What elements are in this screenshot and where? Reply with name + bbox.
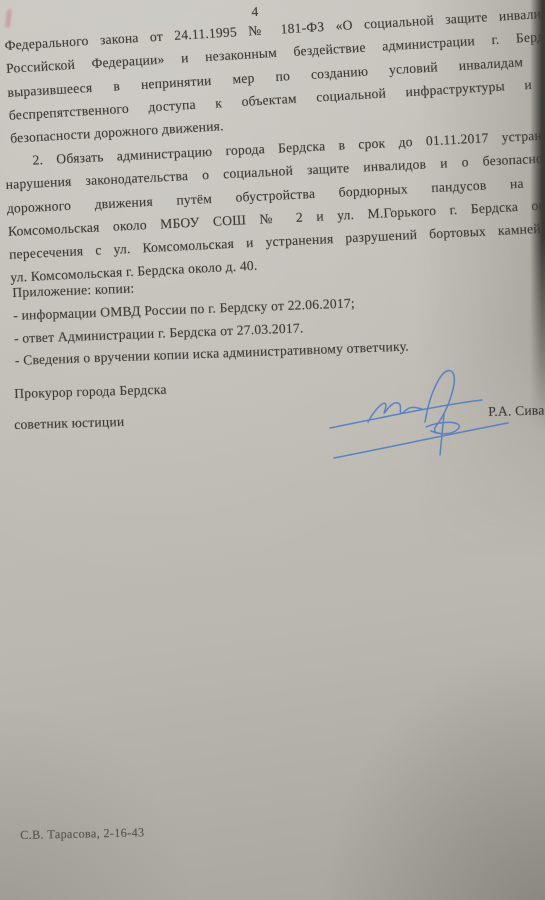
- signatory-role-line1: Прокурор города Бердска: [14, 382, 167, 402]
- document-page: 4 Федерального закона от 24.11.1995 № 18…: [0, 0, 545, 900]
- signatory-role-line2: советник юстиции: [14, 414, 125, 433]
- signatory-name: Р.А. Сива: [488, 402, 545, 420]
- footer-contact: С.В. Тарасова, 2-16-43: [20, 825, 145, 843]
- attachments-section: Приложение: копии: - информации ОМВД Рос…: [12, 263, 520, 373]
